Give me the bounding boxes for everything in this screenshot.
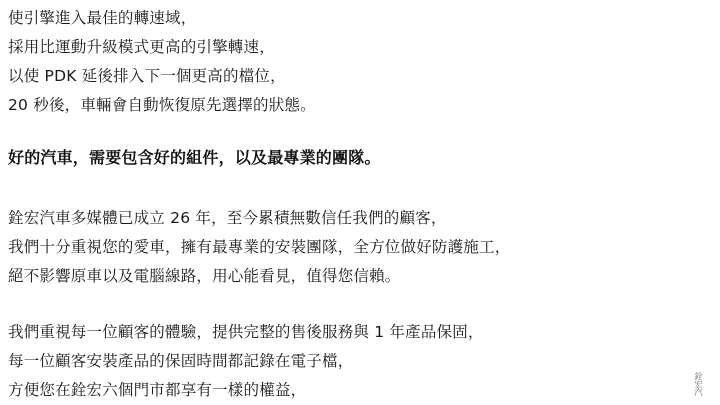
- watermark-stamp: 銓宏汽: [691, 372, 703, 396]
- text-line: 絕不影響原車以及電腦線路，用心能看見，值得您信賴。: [8, 266, 401, 286]
- text-line: 採用比運動升級模式更高的引擎轉速，: [8, 37, 275, 57]
- text-line: 銓宏汽車多媒體已成立 26 年，至今累積無數信任我們的顧客，: [8, 208, 447, 228]
- text-line: 方便您在銓宏六個門市都享有一樣的權益，: [8, 380, 306, 400]
- text-line: 我們重視每一位顧客的體驗，提供完整的售後服務與 1 年產品保固，: [8, 322, 484, 342]
- text-line: 我們十分重視您的愛車，擁有最專業的安裝團隊，全方位做好防護施工，: [8, 237, 510, 257]
- text-line: 使引擎進入最佳的轉速域，: [8, 8, 196, 28]
- text-line: 以使 PDK 延後排入下一個更高的檔位，: [8, 66, 286, 86]
- section-heading: 好的汽車，需要包含好的組件，以及最專業的團隊。: [8, 148, 381, 168]
- text-line: 20 秒後，車輛會自動恢復原先選擇的狀態。: [8, 95, 316, 115]
- text-line: 每一位顧客安裝產品的保固時間都記錄在電子檔，: [8, 351, 353, 371]
